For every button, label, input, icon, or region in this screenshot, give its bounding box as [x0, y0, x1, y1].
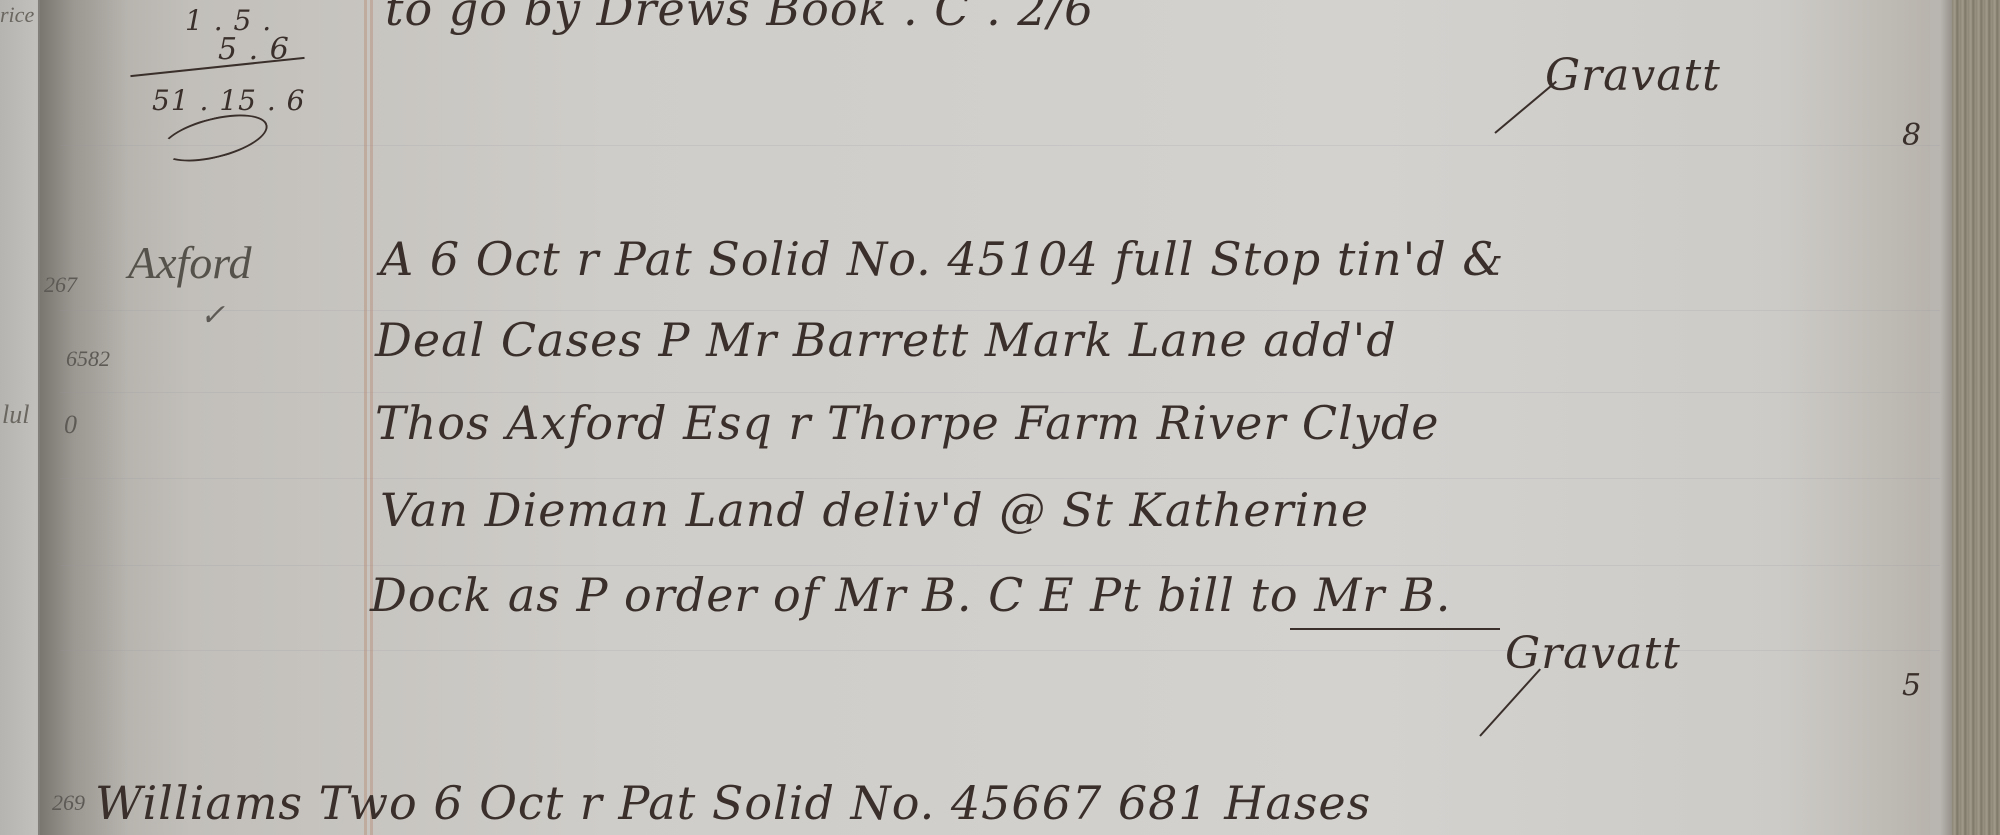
facing-page-fragment: rice — [0, 2, 34, 28]
entry-text-line: Williams Two 6 Oct r Pat Solid No. 45667… — [95, 776, 1371, 830]
entry-line-2: Deal Cases P Mr Barrett Mark Lane add'd — [375, 313, 1397, 367]
clerk-signature: Gravatt — [1505, 628, 1681, 679]
ruled-line — [60, 565, 1940, 566]
margin-number: 0 — [64, 410, 77, 440]
margin-rule — [364, 0, 367, 835]
calc-total: 51 . 15 . 6 — [152, 84, 305, 117]
page-margin-number: 5 — [1902, 668, 1922, 703]
entry-text-line: to go by Drews Book . C . 2/6 — [385, 0, 1094, 36]
page-margin-number: 8 — [1902, 118, 1922, 153]
entry-line-3: Thos Axford Esq r Thorpe Farm River Clyd… — [375, 396, 1440, 450]
binding-gutter-shadow — [38, 0, 128, 835]
margin-number: 6582 — [66, 346, 110, 372]
ruled-line — [60, 392, 1940, 393]
ruled-line — [60, 478, 1940, 479]
margin-number: 267 — [44, 272, 77, 298]
ruled-line — [60, 145, 1940, 146]
entry-line-1: A 6 Oct r Pat Solid No. 45104 full Stop … — [380, 232, 1504, 286]
ruled-line — [60, 310, 1940, 311]
entry-line-4: Van Dieman Land deliv'd @ St Katherine — [380, 483, 1369, 537]
margin-rule — [370, 0, 373, 835]
check-mark-icon: ✓ — [200, 298, 225, 333]
entry-line-5: Dock as P order of Mr B. C E Pt bill to … — [370, 568, 1451, 622]
clerk-signature: Gravatt — [1545, 50, 1721, 101]
facing-page-fragment: lul — [2, 400, 29, 430]
margin-number: 269 — [52, 790, 85, 816]
customer-name: Axford — [128, 236, 252, 289]
underline-rule — [1290, 628, 1500, 630]
book-page-edges — [1952, 0, 2000, 835]
